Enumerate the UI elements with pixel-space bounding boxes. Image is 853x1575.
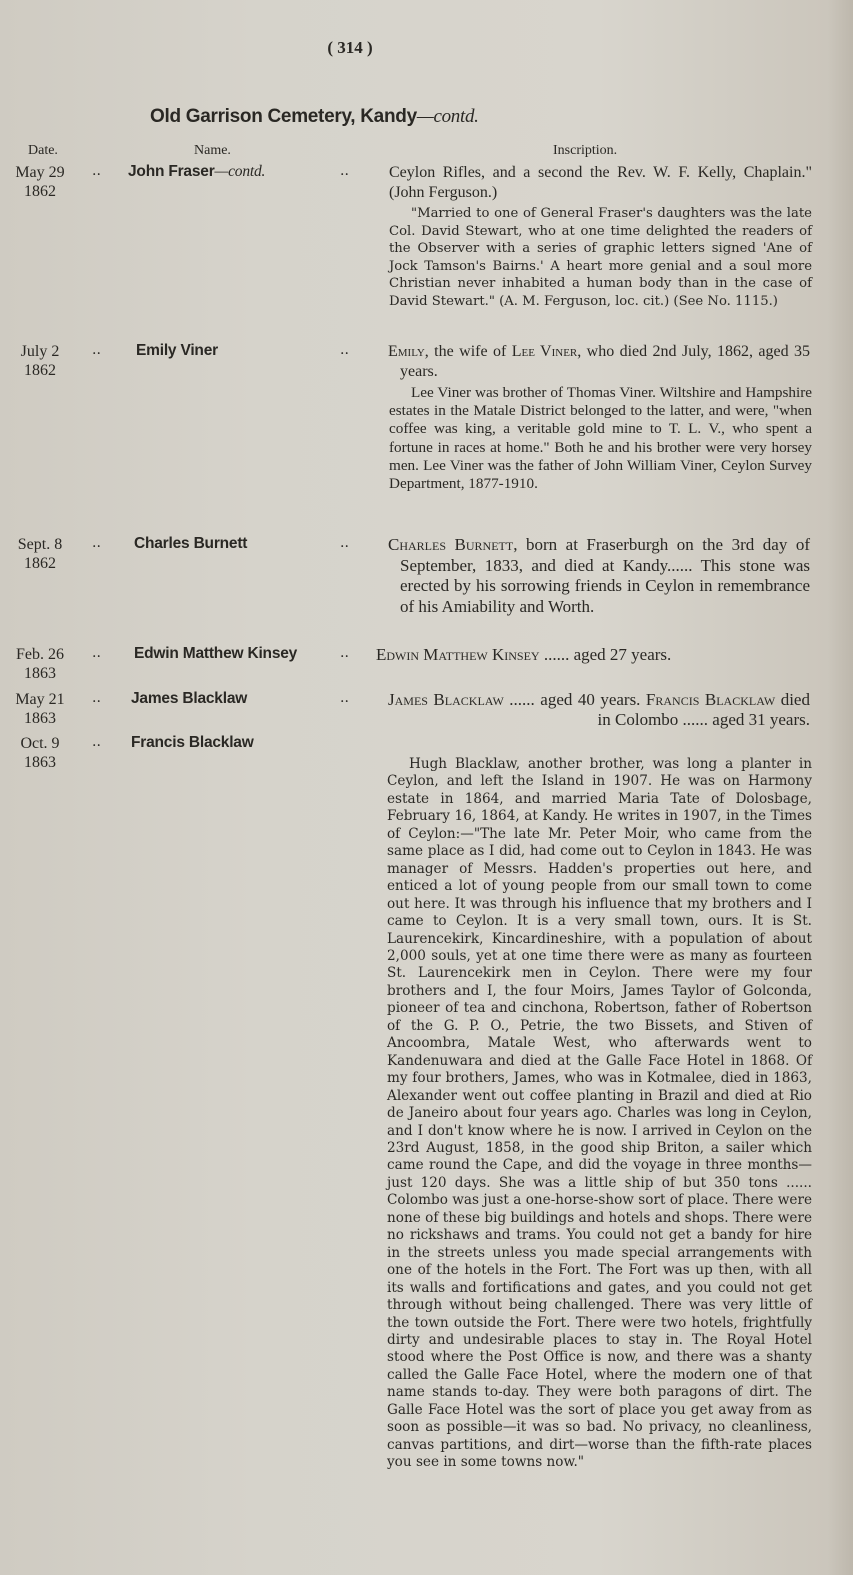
inscription-name: Edwin Matthew Kinsey [376, 645, 540, 664]
date-year: 1862 [8, 182, 72, 201]
page-number: ( 314 ) [0, 38, 700, 58]
leader-dots: .. [92, 690, 101, 706]
inscription: Edwin Matthew Kinsey ...... aged 27 year… [376, 645, 810, 665]
date-day: July 2 [8, 342, 72, 361]
inscription-name: Francis Blacklaw [646, 690, 775, 709]
inscription-text: ...... aged 27 years. [540, 645, 672, 664]
date-day: May 21 [8, 690, 72, 709]
inscription-name: James Blacklaw [388, 690, 504, 709]
leader-dots: .. [92, 645, 101, 661]
inscription-text: , the wife of [425, 343, 512, 360]
entry-date: July 21862 [8, 342, 72, 380]
date-day: Sept. 8 [8, 535, 72, 554]
date-year: 1862 [8, 554, 72, 573]
page-title: Old Garrison Cemetery, Kandy—contd. [150, 106, 479, 128]
entry-name: John Fraser—contd. [128, 163, 265, 181]
leader-dots: .. [92, 734, 101, 750]
leader-dots: .. [340, 645, 349, 661]
column-header-date: Date. [28, 143, 58, 159]
leader-dots: .. [92, 163, 101, 179]
entry-date: Feb. 261863 [8, 645, 72, 683]
leader-dots: .. [340, 342, 349, 358]
inscription-name: Lee Viner [512, 343, 578, 360]
date-day: Feb. 26 [8, 645, 72, 664]
column-header-inscription: Inscription. [553, 143, 617, 159]
note: "Married to one of General Fraser's daug… [389, 205, 812, 311]
entry-name: Francis Blacklaw [131, 734, 254, 752]
entry-date: May 291862 [8, 163, 72, 201]
column-header-name: Name. [194, 143, 231, 159]
inscription: James Blacklaw ...... aged 40 years. Fra… [376, 690, 810, 730]
entry-date: Oct. 91863 [8, 734, 72, 772]
leader-dots: .. [340, 690, 349, 706]
inscription: Charles Burnett, born at Fraserburgh on … [376, 535, 810, 617]
inscription-name: Emily [388, 343, 425, 360]
note-hugh-blacklaw: Hugh Blacklaw, another brother, was long… [387, 756, 812, 1472]
note: Lee Viner was brother of Thomas Viner. W… [389, 384, 812, 493]
leader-dots: .. [340, 163, 349, 179]
inscription-name: Charles Burnett [388, 535, 513, 554]
entry-name: James Blacklaw [131, 690, 247, 708]
leader-dots: .. [92, 342, 101, 358]
name-suffix: —contd. [215, 163, 266, 180]
title-main: Old Garrison Cemetery, Kandy [150, 106, 417, 127]
entry-date: May 211863 [8, 690, 72, 728]
inscription: Ceylon Rifles, and a second the Rev. W. … [389, 163, 812, 203]
title-suffix: —contd. [417, 106, 479, 127]
leader-dots: .. [340, 535, 349, 551]
entry-name: Emily Viner [136, 342, 218, 360]
entry-name: Charles Burnett [134, 535, 247, 553]
date-year: 1862 [8, 361, 72, 380]
date-year: 1863 [8, 709, 72, 728]
inscription: Emily, the wife of Lee Viner, who died 2… [376, 342, 810, 382]
leader-dots: .. [92, 535, 101, 551]
date-day: Oct. 9 [8, 734, 72, 753]
inscription-text: ...... aged 40 years. [504, 690, 646, 709]
name-text: John Fraser [128, 163, 215, 180]
entry-date: Sept. 81862 [8, 535, 72, 573]
entry-name: Edwin Matthew Kinsey [134, 645, 297, 663]
date-year: 1863 [8, 753, 72, 772]
date-year: 1863 [8, 664, 72, 683]
date-day: May 29 [8, 163, 72, 182]
